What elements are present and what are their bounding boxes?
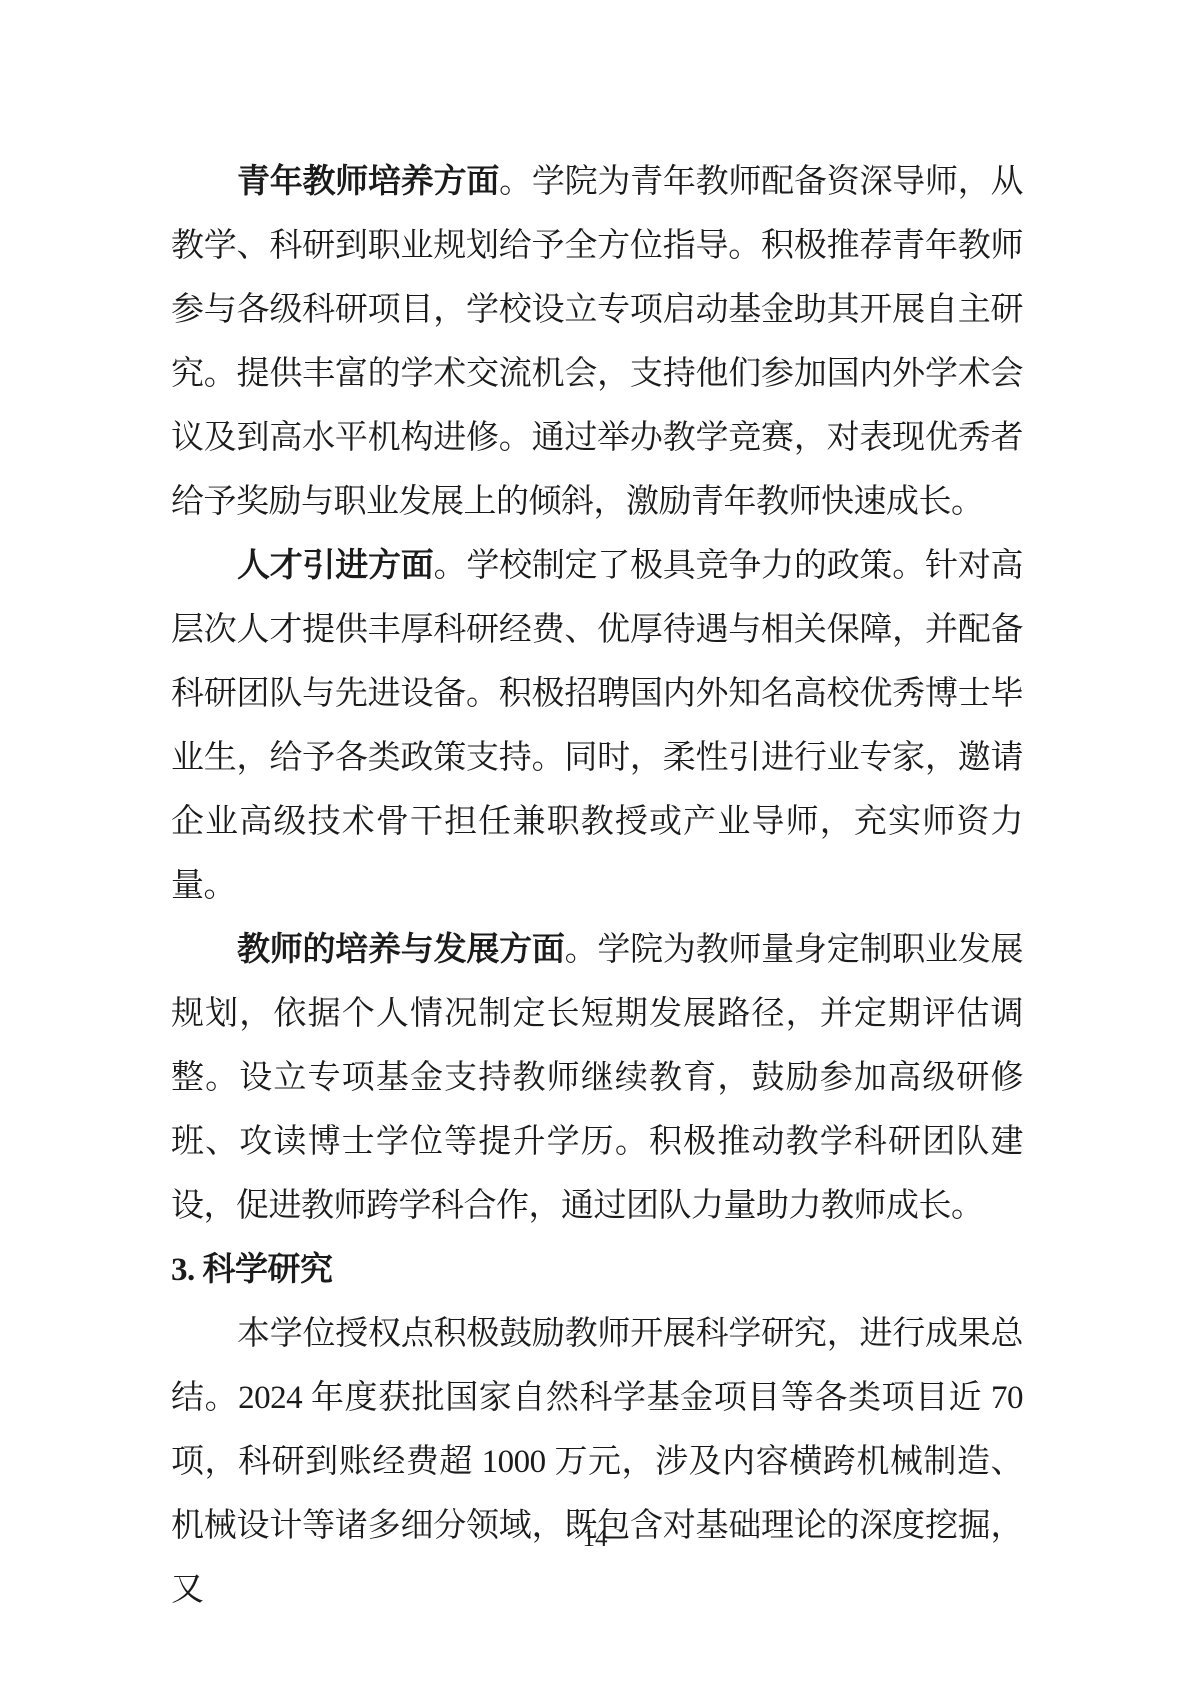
- paragraph-talent-recruitment: 人才引进方面。学校制定了极具竞争力的政策。针对高层次人才提供丰厚科研经费、优厚待…: [171, 534, 1023, 918]
- paragraph-teacher-development: 教师的培养与发展方面。学院为教师量身定制职业发展规划，依据个人情况制定长短期发展…: [171, 918, 1023, 1238]
- paragraph-research-overview: 本学位授权点积极鼓励教师开展科学研究，进行成果总结。2024 年度获批国家自然科…: [171, 1302, 1023, 1622]
- paragraph-text-young-teacher: 。学院为青年教师配备资深导师，从教学、科研到职业规划给予全方位指导。积极推荐青年…: [171, 164, 1023, 520]
- page-footer: 14: [0, 1524, 1190, 1554]
- paragraph-text-research-overview: 本学位授权点积极鼓励教师开展科学研究，进行成果总结。2024 年度获批国家自然科…: [171, 1316, 1023, 1608]
- page-number: 14: [583, 1525, 608, 1552]
- paragraph-lead-young-teacher: 青年教师培养方面: [237, 164, 499, 200]
- paragraph-lead-talent-recruitment: 人才引进方面: [237, 548, 434, 584]
- document-page: 青年教师培养方面。学院为青年教师配备资深导师，从教学、科研到职业规划给予全方位指…: [0, 0, 1190, 1683]
- section-heading-scientific-research: 3. 科学研究: [171, 1238, 1023, 1302]
- paragraph-text-talent-recruitment: 。学校制定了极具竞争力的政策。针对高层次人才提供丰厚科研经费、优厚待遇与相关保障…: [171, 548, 1023, 904]
- paragraph-lead-teacher-development: 教师的培养与发展方面: [237, 932, 565, 968]
- paragraph-text-teacher-development: 。学院为教师量身定制职业发展规划，依据个人情况制定长短期发展路径，并定期评估调整…: [171, 932, 1023, 1224]
- paragraph-young-teacher-training: 青年教师培养方面。学院为青年教师配备资深导师，从教学、科研到职业规划给予全方位指…: [171, 150, 1023, 534]
- document-content: 青年教师培养方面。学院为青年教师配备资深导师，从教学、科研到职业规划给予全方位指…: [171, 0, 1023, 1622]
